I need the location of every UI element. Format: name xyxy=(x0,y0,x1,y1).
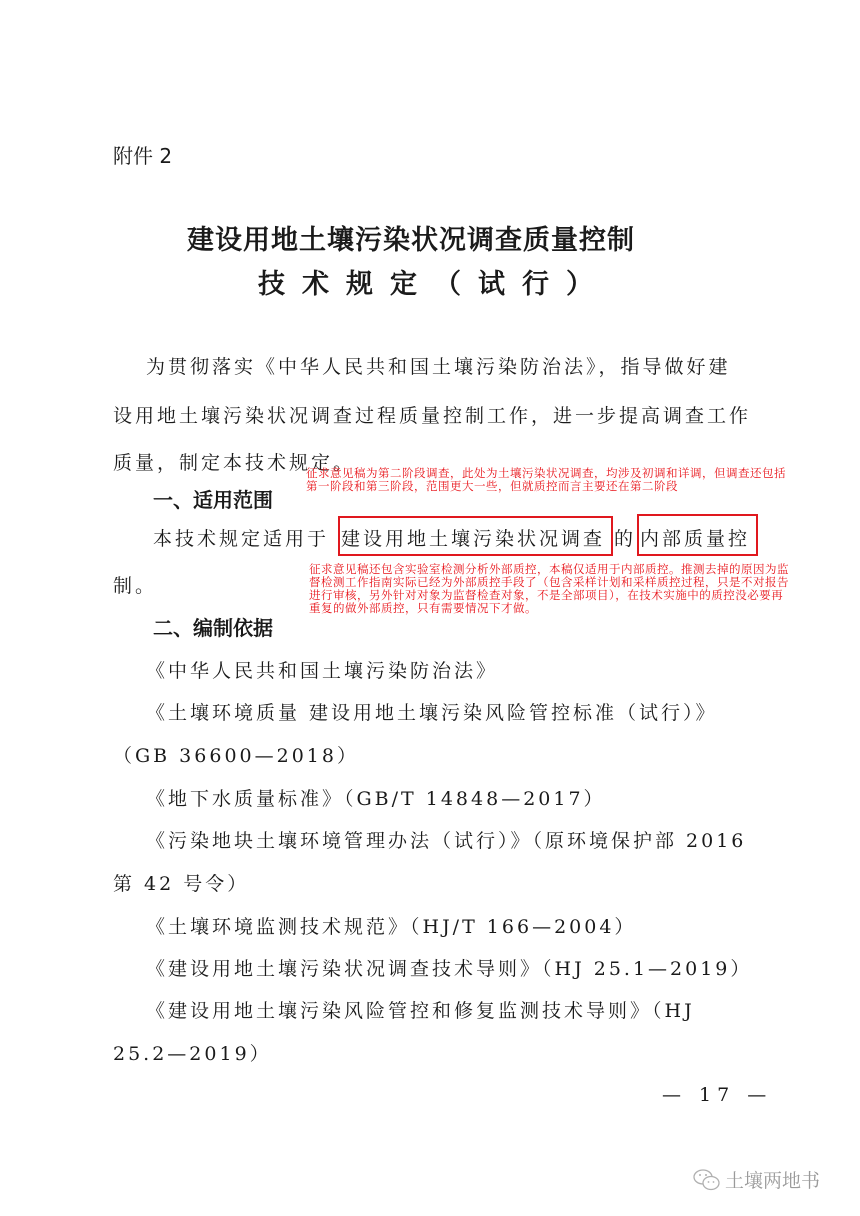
reference-item: 25.2—2019） xyxy=(113,1039,272,1066)
intro-line2: 设用地土壤污染状况调查过程质量控制工作，进一步提高调查工作 xyxy=(113,401,751,428)
reference-item: （GB 36600—2018） xyxy=(113,741,359,768)
section1-boxed2: 内部质量控 xyxy=(640,524,750,551)
reference-item: 《中华人民共和国土壤污染防治法》 xyxy=(146,656,498,683)
attachment-label: 附件 2 xyxy=(113,140,172,169)
wechat-icon xyxy=(693,1168,721,1192)
reference-item: 《土壤环境质量 建设用地土壤污染风险管控标准（试行）》 xyxy=(146,698,718,725)
section1-continuation: 制。 xyxy=(113,571,157,598)
reference-item: 《污染地块土壤环境管理办法（试行）》（原环境保护部 2016 xyxy=(146,826,746,853)
annotation-note2: 征求意见稿还包含实验室检测分析外部质控，本稿仅适用于内部质控。推测去掉的原因为监… xyxy=(309,563,795,615)
section1-middle: 的 xyxy=(614,524,636,551)
reference-item: 《土壤环境监测技术规范》（HJ/T 166—2004） xyxy=(146,912,636,939)
annotation-note1: 征求意见稿为第二阶段调查，此处为土壤污染状况调查，均涉及初调和详调，但调查还包括… xyxy=(306,467,786,493)
watermark-text: 土壤两地书 xyxy=(725,1166,820,1193)
intro-line1: 为贯彻落实《中华人民共和国土壤污染防治法》，指导做好建 xyxy=(146,352,731,379)
section1-heading: 一、适用范围 xyxy=(153,484,273,513)
watermark: 土壤两地书 xyxy=(693,1166,820,1193)
document-title-line1: 建设用地土壤污染状况调查质量控制 xyxy=(187,218,635,257)
reference-item: 第 42 号令） xyxy=(113,869,249,896)
reference-item: 《建设用地土壤污染风险管控和修复监测技术导则》（HJ xyxy=(146,996,695,1023)
reference-item: 《地下水质量标准》（GB/T 14848—2017） xyxy=(146,784,606,811)
section1-boxed1: 建设用地土壤污染状况调查 xyxy=(341,524,605,551)
section2-heading: 二、编制依据 xyxy=(153,612,273,641)
section1-text-prefix: 本技术规定适用于 xyxy=(153,524,329,551)
page-number: — 17 — xyxy=(662,1084,772,1106)
reference-item: 《建设用地土壤污染状况调查技术导则》（HJ 25.1—2019） xyxy=(146,954,752,981)
document-title-line2: 技术规定（试行） xyxy=(258,262,610,301)
